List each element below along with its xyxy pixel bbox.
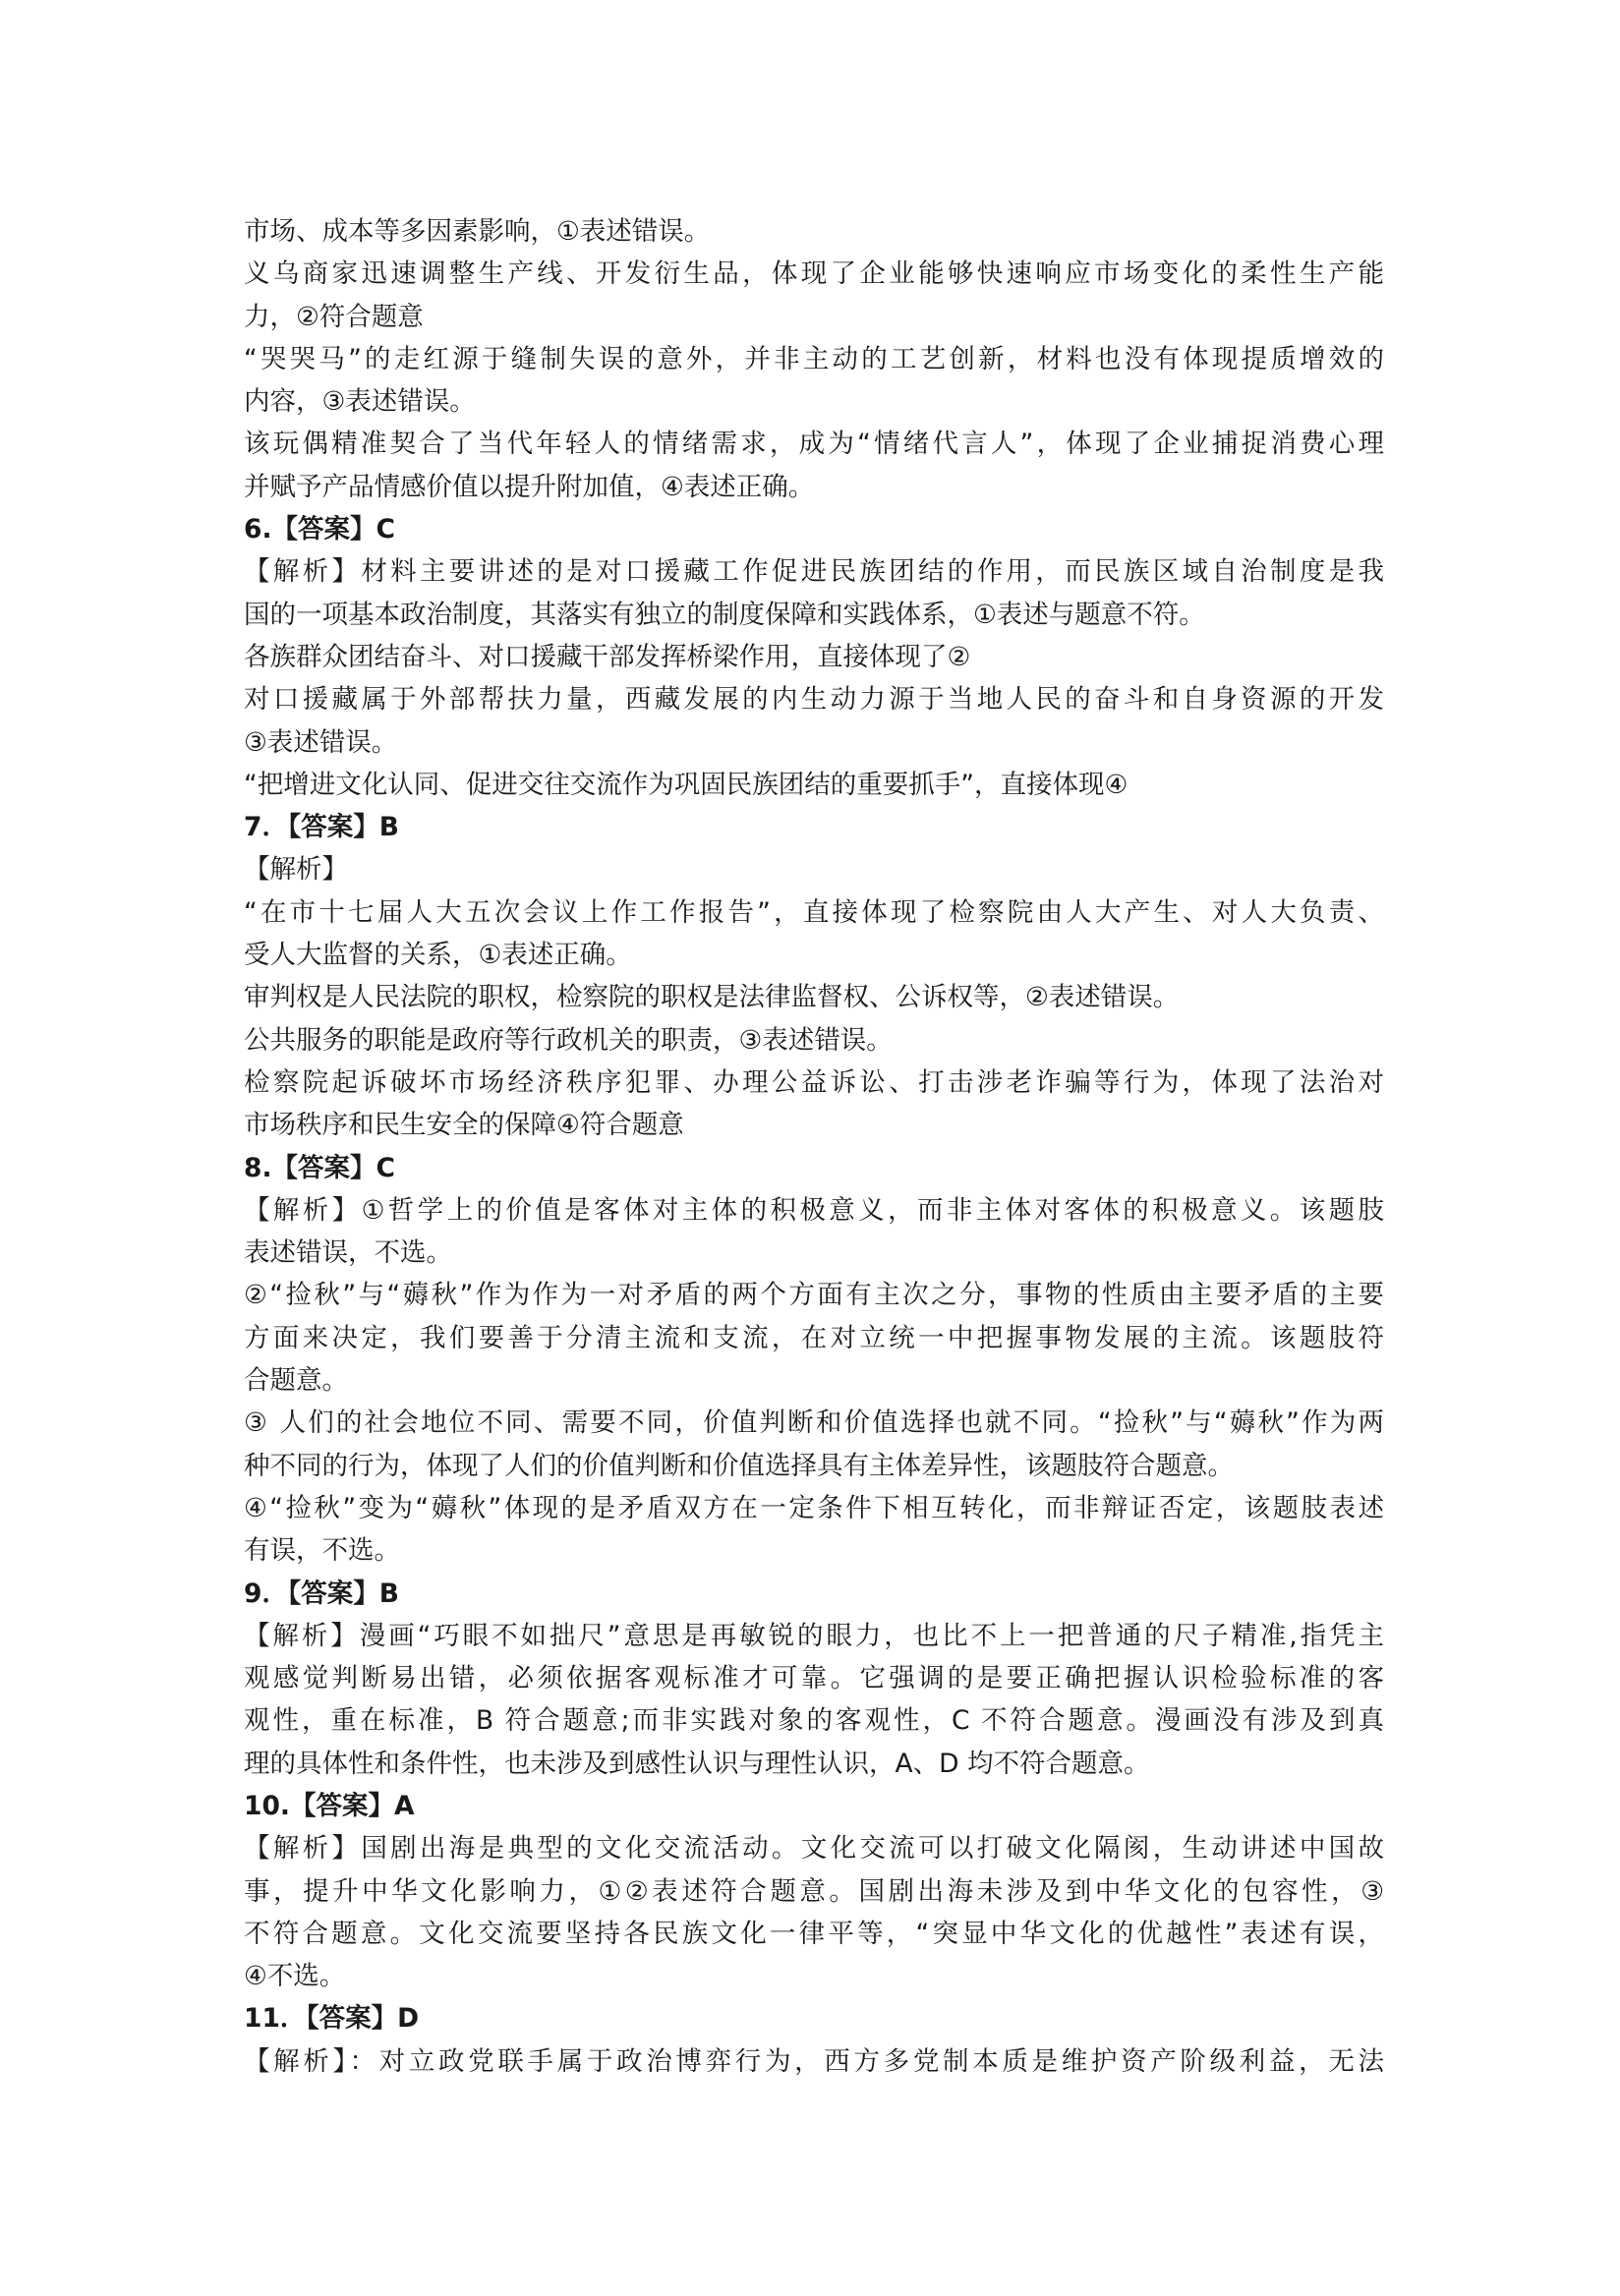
text-line: ③表述错误。	[244, 721, 1384, 764]
answer-heading: 11．【答案】D	[244, 1997, 1384, 2039]
text-line: ④不选。	[244, 1955, 1384, 1997]
answer-heading: 8.【答案】C	[244, 1147, 1384, 1189]
text-line: 【解析】：对立政党联手属于政治博弈行为，西方多党制本质是维护资产阶级利益，无法	[244, 2040, 1384, 2083]
answer-heading: 10.【答案】A	[244, 1785, 1384, 1827]
text-line: ②“捡秋”与“薅秋”作为作为一对矛盾的两个方面有主次之分，事物的性质由主要矛盾的…	[244, 1274, 1384, 1316]
text-line: 观感觉判断易出错，必须依据客观标准才可靠。它强调的是要正确把握认识检验标准的客	[244, 1657, 1384, 1699]
text-line: ③ 人们的社会地位不同、需要不同，价值判断和价值选择也就不同。“捡秋”与“薅秋”…	[244, 1402, 1384, 1444]
text-line: 观性，重在标准，B 符合题意;而非实践对象的客观性，C 不符合题意。漫画没有涉及…	[244, 1699, 1384, 1742]
text-line: 公共服务的职能是政府等行政机关的职责，③表述错误。	[244, 1019, 1384, 1062]
text-line: “在市十七届人大五次会议上作工作报告”，直接体现了检察院由人大产生、对人大负责、	[244, 891, 1384, 934]
text-line: “把增进文化认同、促进交往交流作为巩固民族团结的重要抓手”，直接体现④	[244, 764, 1384, 806]
text-line: 审判权是人民法院的职权，检察院的职权是法律监督权、公诉权等，②表述错误。	[244, 976, 1384, 1018]
answer-heading: 6.【答案】C	[244, 508, 1384, 550]
text-line: 并赋予产品情感价值以提升附加值，④表述正确。	[244, 466, 1384, 508]
text-line: 事，提升中华文化影响力，①②表述符合题意。国剧出海未涉及到中华文化的包容性，③	[244, 1870, 1384, 1913]
text-line: 种不同的行为，体现了人们的价值判断和价值选择具有主体差异性，该题肢符合题意。	[244, 1445, 1384, 1487]
document-page: 市场、成本等多因素影响，①表述错误。义乌商家迅速调整生产线、开发衍生品，体现了企…	[244, 210, 1384, 2083]
text-line: 方面来决定，我们要善于分清主流和支流，在对立统一中把握事物发展的主流。该题肢符	[244, 1317, 1384, 1359]
text-line: 检察院起诉破坏市场经济秩序犯罪、办理公益诉讼、打击涉老诈骗等行为，体现了法治对	[244, 1062, 1384, 1104]
text-line: “哭哭马”的走红源于缝制失误的意外，并非主动的工艺创新，材料也没有体现提质增效的	[244, 338, 1384, 380]
text-line: 力，②符合题意	[244, 296, 1384, 338]
text-line: 理的具体性和条件性，也未涉及到感性认识与理性认识，A、D 均不符合题意。	[244, 1743, 1384, 1785]
answer-heading: 7．【答案】B	[244, 806, 1384, 848]
text-line: 不符合题意。文化交流要坚持各民族文化一律平等，“突显中华文化的优越性”表述有误，	[244, 1913, 1384, 1955]
text-line: 【解析】①哲学上的价值是客体对主体的积极意义，而非主体对客体的积极意义。该题肢	[244, 1189, 1384, 1232]
answer-heading: 9．【答案】B	[244, 1573, 1384, 1615]
text-line: 【解析】材料主要讲述的是对口援藏工作促进民族团结的作用，而民族区域自治制度是我	[244, 550, 1384, 593]
text-line: 市场秩序和民生安全的保障④符合题意	[244, 1104, 1384, 1146]
text-line: 【解析】国剧出海是典型的文化交流活动。文化交流可以打破文化隔阂，生动讲述中国故	[244, 1827, 1384, 1869]
text-line: 各族群众团结奋斗、对口援藏干部发挥桥梁作用，直接体现了②	[244, 636, 1384, 678]
text-line: 内容，③表述错误。	[244, 380, 1384, 423]
text-line: 对口援藏属于外部帮扶力量，西藏发展的内生动力源于当地人民的奋斗和自身资源的开发	[244, 678, 1384, 720]
text-line: 该玩偶精准契合了当代年轻人的情绪需求，成为“情绪代言人”，体现了企业捕捉消费心理	[244, 423, 1384, 465]
text-line: 【解析】	[244, 848, 1384, 890]
text-line: 受人大监督的关系，①表述正确。	[244, 934, 1384, 976]
text-line: ④“捡秋”变为“薅秋”体现的是矛盾双方在一定条件下相互转化，而非辩证否定，该题肢…	[244, 1487, 1384, 1529]
text-line: 有误，不选。	[244, 1529, 1384, 1572]
text-line: 国的一项基本政治制度，其落实有独立的制度保障和实践体系，①表述与题意不符。	[244, 594, 1384, 636]
text-line: 市场、成本等多因素影响，①表述错误。	[244, 210, 1384, 253]
text-line: 合题意。	[244, 1359, 1384, 1402]
text-line: 义乌商家迅速调整生产线、开发衍生品，体现了企业能够快速响应市场变化的柔性生产能	[244, 253, 1384, 295]
text-line: 【解析】漫画“巧眼不如拙尺”意思是再敏锐的眼力，也比不上一把普通的尺子精准,指凭…	[244, 1615, 1384, 1657]
text-line: 表述错误，不选。	[244, 1232, 1384, 1274]
